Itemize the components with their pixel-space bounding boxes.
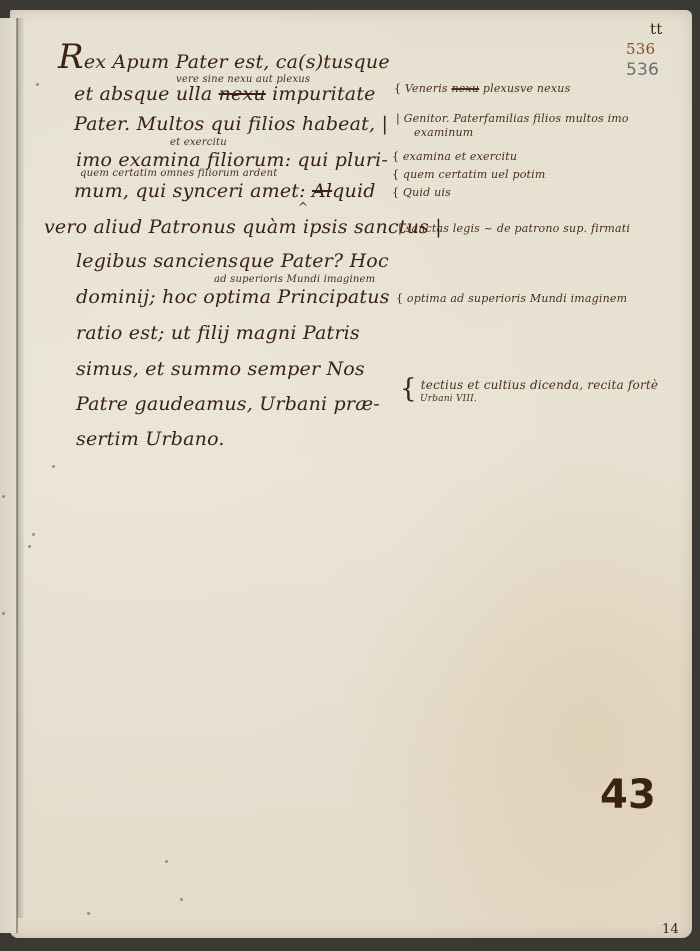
gutter-shadow	[17, 18, 25, 918]
interlinear-note-2: et exercitu	[170, 137, 227, 148]
struck-word: nexu	[219, 83, 266, 105]
text-line-8: dominij; hoc optima Principatus	[76, 286, 390, 308]
folio-ink-number: 536	[626, 40, 655, 58]
struck-word: Al	[312, 180, 332, 202]
margin-note-2-continuation: examinum	[414, 126, 473, 139]
text-line-7: legibus sanciensque Pater? Hoc	[76, 250, 389, 272]
interlinear-note-3: quem certatim omnes filiorum ardent	[80, 168, 277, 179]
paper-spot	[2, 612, 5, 615]
text-line-9: ratio est; ut filij magni Patris	[76, 322, 360, 344]
large-page-number: 43	[600, 772, 656, 818]
paper-spot	[165, 860, 168, 863]
margin-note-7: { optima ad superioris Mundi imaginem	[396, 292, 627, 305]
paper-spot	[32, 533, 35, 536]
margin-note-3: { examina et exercitu	[392, 150, 517, 163]
paper-spot	[28, 545, 31, 548]
text-line-6: vero aliud Patronus quàm ipsis sanctus |	[44, 216, 442, 238]
margin-note-8-continuation: Urbani VIII.	[420, 394, 477, 404]
folio-pencil-number: 536	[626, 60, 659, 80]
paper-spot	[52, 465, 55, 468]
small-page-number: 14	[662, 922, 679, 937]
facing-page-edge	[0, 18, 18, 933]
margin-note-6: | sanctas legis ~ de patrono sup. firmat…	[398, 222, 630, 235]
margin-note-2: | Genitor. Paterfamilias filios multos i…	[396, 112, 629, 125]
decorated-initial: R	[58, 37, 84, 77]
margin-note-1: { Veneris nexu plexusve nexus	[394, 82, 570, 95]
text-line-12: sertim Urbano.	[76, 428, 225, 450]
paper-spot	[87, 912, 90, 915]
insertion-caret: ^	[298, 200, 308, 214]
margin-note-5: { Quid uis	[392, 186, 451, 199]
margin-note-4: { quem certatim uel potim	[392, 168, 545, 181]
text-line-1: Rex Apum Pater est, ca(s)tusque	[58, 40, 390, 74]
text-line-3: Pater. Multos qui filios habeat, |	[74, 113, 388, 135]
text-line-5: mum, qui synceri amet: Alquid	[74, 180, 376, 202]
paper-spot	[36, 83, 39, 86]
interlinear-note-4: ad superioris Mundi imaginem	[214, 274, 375, 285]
paper-spot	[2, 495, 5, 498]
text-line-2: et absque ulla nexu impuritate	[74, 83, 376, 105]
text-line-11: Patre gaudeamus, Urbani præ-	[76, 393, 380, 415]
text-line-10: simus, et summo semper Nos	[76, 358, 365, 380]
folio-top-mark: tt	[650, 20, 662, 38]
paper-spot	[180, 898, 183, 901]
